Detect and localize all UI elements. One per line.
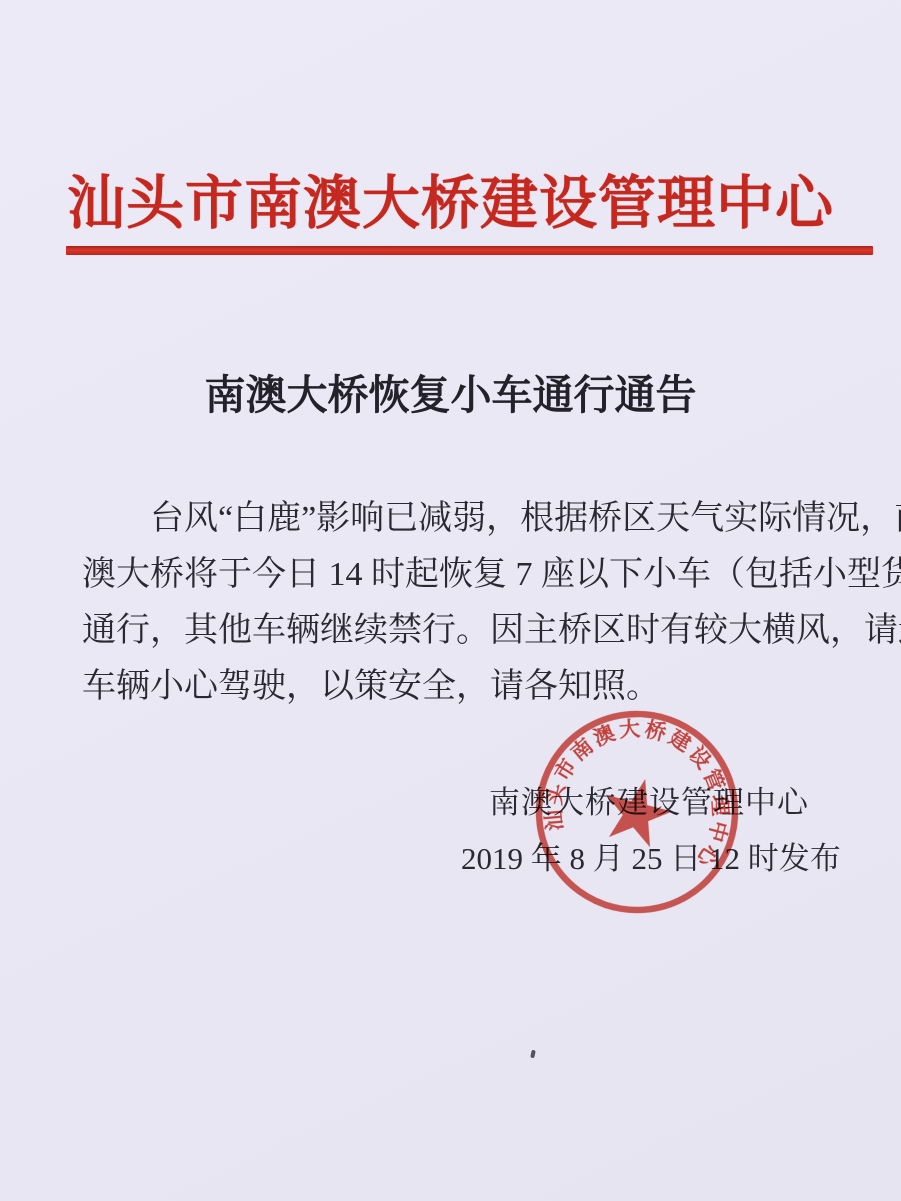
seal-star-icon bbox=[596, 771, 678, 851]
body-line: 台风“白鹿”影响已减弱，根据桥区天气实际情况，南 bbox=[82, 491, 842, 547]
scan-artifact-dot bbox=[530, 1050, 536, 1059]
letterhead-title: 汕头市南澳大桥建设管理中心 bbox=[0, 156, 901, 240]
seal-graphic: 汕头市南澳大桥建设管理中心 bbox=[511, 686, 763, 938]
body-line: 澳大桥将于今日 14 时起恢复 7 座以下小车（包括小型货车） bbox=[82, 547, 842, 603]
body-line: 车辆小心驾驶，以策安全，请各知照。 bbox=[82, 659, 842, 715]
letterhead-divider bbox=[66, 246, 873, 255]
document-page: 汕头市南澳大桥建设管理中心 南澳大桥恢复小车通行通告 台风“白鹿”影响已减弱，根… bbox=[0, 0, 901, 1201]
notice-body: 台风“白鹿”影响已减弱，根据桥区天气实际情况，南 澳大桥将于今日 14 时起恢复… bbox=[82, 491, 842, 715]
body-line: 通行，其他车辆继续禁行。因主桥区时有较大横风，请过往 bbox=[82, 603, 842, 659]
notice-title: 南澳大桥恢复小车通行通告 bbox=[0, 362, 901, 421]
official-seal: 汕头市南澳大桥建设管理中心 bbox=[511, 686, 763, 938]
